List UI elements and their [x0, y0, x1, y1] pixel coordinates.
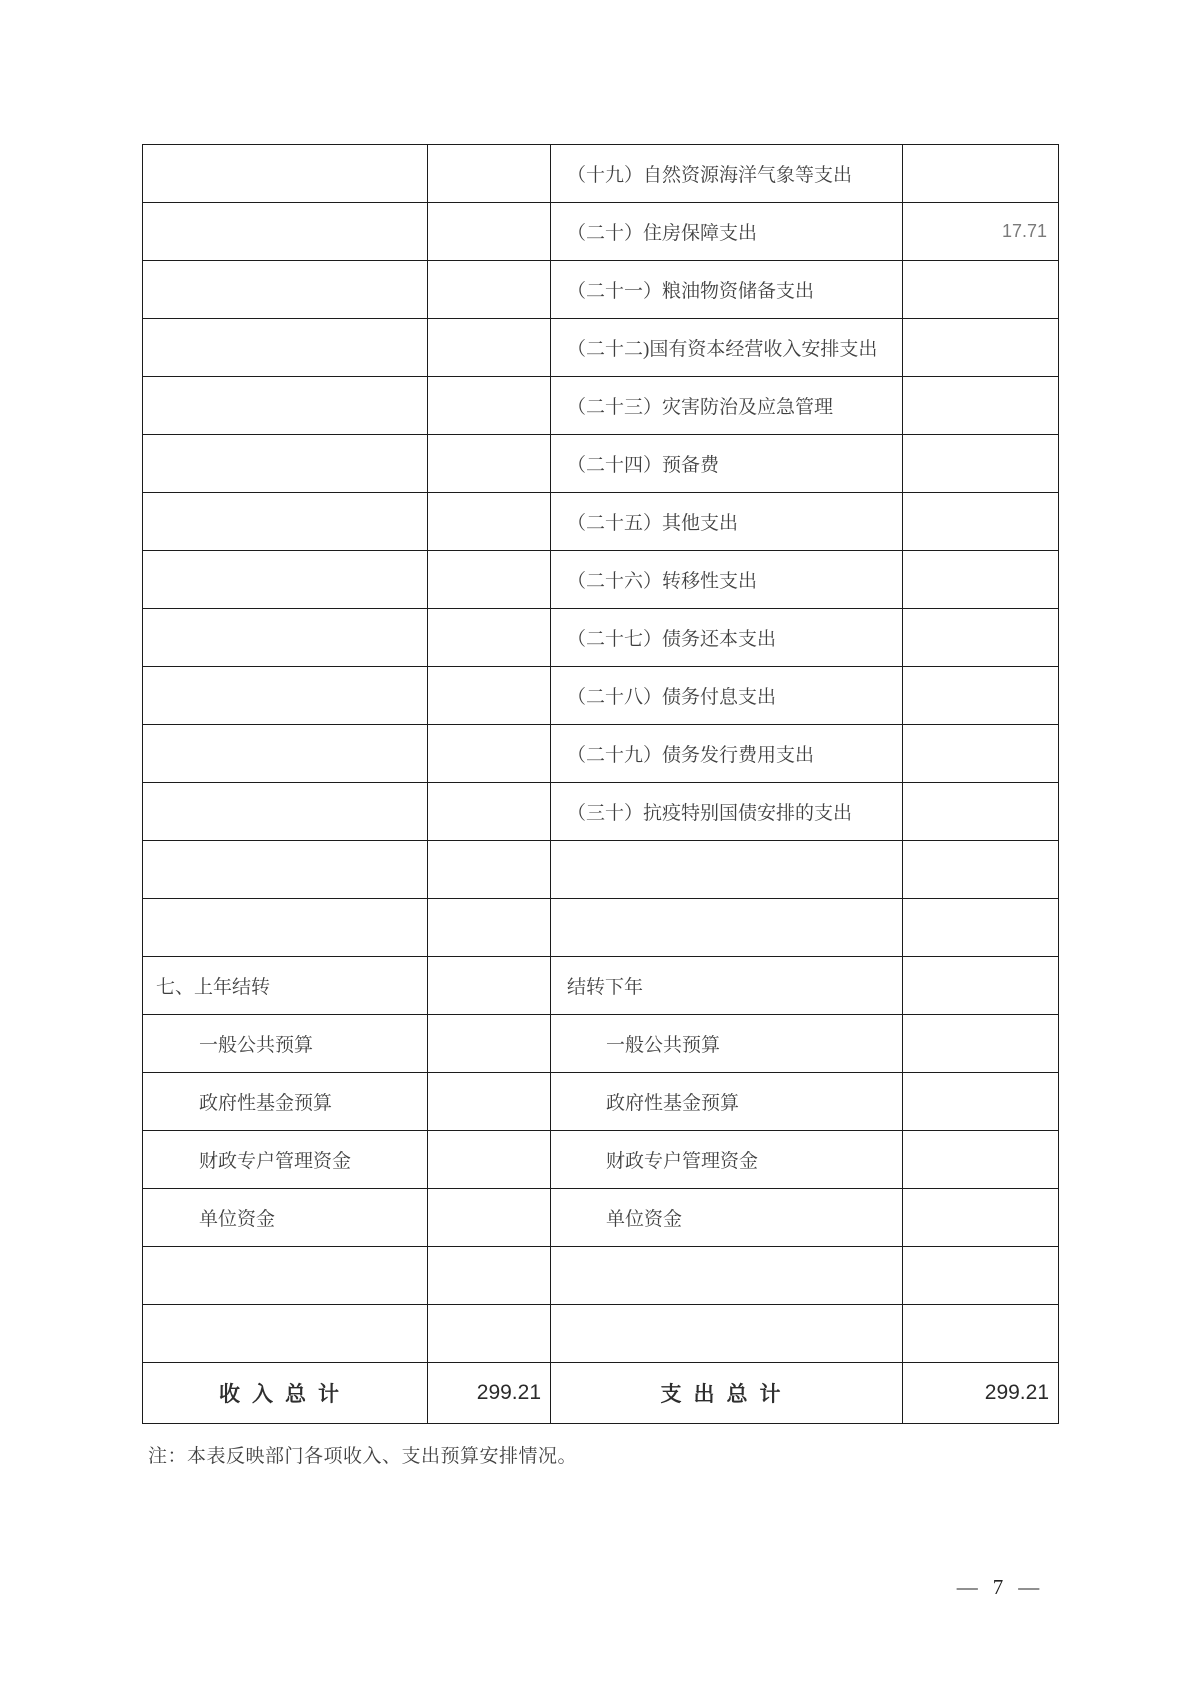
- table-row: 七、上年结转结转下年: [143, 957, 1059, 1015]
- expense-value-cell: [903, 1247, 1059, 1305]
- income-value-cell: [428, 377, 551, 435]
- expense-value-cell: [903, 261, 1059, 319]
- expense-item-cell: 财政专户管理资金: [551, 1131, 903, 1189]
- expense-value-cell: [903, 899, 1059, 957]
- income-item-cell: [143, 609, 428, 667]
- income-value-cell: [428, 261, 551, 319]
- expense-item-cell: 单位资金: [551, 1189, 903, 1247]
- table-row: 一般公共预算一般公共预算: [143, 1015, 1059, 1073]
- expense-item-cell: （二十二)国有资本经营收入安排支出: [551, 319, 903, 377]
- income-item-cell: 一般公共预算: [143, 1015, 428, 1073]
- income-item-cell: [143, 841, 428, 899]
- expense-value-cell: [903, 1189, 1059, 1247]
- income-value-cell: [428, 1073, 551, 1131]
- page-number-dash-left: —: [957, 1575, 978, 1600]
- table-row: （十九）自然资源海洋气象等支出: [143, 145, 1059, 203]
- income-item-cell: [143, 667, 428, 725]
- expense-value-cell: [903, 841, 1059, 899]
- income-value-cell: [428, 957, 551, 1015]
- income-value-cell: 299.21: [428, 1363, 551, 1424]
- table-row: 单位资金单位资金: [143, 1189, 1059, 1247]
- expense-item-cell: [551, 1247, 903, 1305]
- income-item-cell: 七、上年结转: [143, 957, 428, 1015]
- income-value-cell: [428, 1131, 551, 1189]
- expense-value-cell: [903, 783, 1059, 841]
- income-value-cell: [428, 841, 551, 899]
- expense-item-cell: （二十四）预备费: [551, 435, 903, 493]
- income-item-cell: 收入总计: [143, 1363, 428, 1424]
- income-item-cell: 政府性基金预算: [143, 1073, 428, 1131]
- table-row: [143, 841, 1059, 899]
- income-item-cell: [143, 377, 428, 435]
- expense-item-cell: （二十三）灾害防治及应急管理: [551, 377, 903, 435]
- table-row: [143, 899, 1059, 957]
- expense-value-cell: [903, 1015, 1059, 1073]
- expense-item-cell: [551, 899, 903, 957]
- table-row: （三十）抗疫特别国债安排的支出: [143, 783, 1059, 841]
- expense-value-cell: [903, 435, 1059, 493]
- income-value-cell: [428, 783, 551, 841]
- income-value-cell: [428, 1305, 551, 1363]
- table-row: （二十）住房保障支出17.71: [143, 203, 1059, 261]
- income-item-cell: [143, 203, 428, 261]
- income-value-cell: [428, 899, 551, 957]
- income-item-cell: [143, 783, 428, 841]
- income-value-cell: [428, 493, 551, 551]
- income-value-cell: [428, 145, 551, 203]
- table-row: （二十七）债务还本支出: [143, 609, 1059, 667]
- income-value-cell: [428, 1189, 551, 1247]
- expense-item-cell: 结转下年: [551, 957, 903, 1015]
- expense-item-cell: （二十五）其他支出: [551, 493, 903, 551]
- income-value-cell: [428, 203, 551, 261]
- expense-value-cell: [903, 667, 1059, 725]
- expense-item-cell: [551, 1305, 903, 1363]
- expense-value-cell: [903, 551, 1059, 609]
- income-value-cell: [428, 319, 551, 377]
- income-value-cell: [428, 609, 551, 667]
- expense-item-cell: （二十六）转移性支出: [551, 551, 903, 609]
- income-item-cell: [143, 145, 428, 203]
- page-number-dash-right: —: [1018, 1575, 1039, 1600]
- table-row-total: 收入总计299.21支出总计299.21: [143, 1363, 1059, 1424]
- expense-item-cell: （二十一）粮油物资储备支出: [551, 261, 903, 319]
- income-item-cell: [143, 1305, 428, 1363]
- table-row: （二十四）预备费: [143, 435, 1059, 493]
- table-row: （二十八）债务付息支出: [143, 667, 1059, 725]
- income-item-cell: [143, 261, 428, 319]
- table-row: （二十二)国有资本经营收入安排支出: [143, 319, 1059, 377]
- income-item-cell: 单位资金: [143, 1189, 428, 1247]
- page-number-value: 7: [993, 1575, 1004, 1600]
- table-row: 财政专户管理资金财政专户管理资金: [143, 1131, 1059, 1189]
- table-row: （二十五）其他支出: [143, 493, 1059, 551]
- expense-value-cell: [903, 377, 1059, 435]
- table-row: 政府性基金预算政府性基金预算: [143, 1073, 1059, 1131]
- table-row: （二十一）粮油物资储备支出: [143, 261, 1059, 319]
- expense-value-cell: [903, 1131, 1059, 1189]
- expense-item-cell: [551, 841, 903, 899]
- expense-value-cell: [903, 609, 1059, 667]
- table-row: （二十六）转移性支出: [143, 551, 1059, 609]
- expense-value-cell: [903, 957, 1059, 1015]
- expense-item-cell: （二十）住房保障支出: [551, 203, 903, 261]
- income-value-cell: [428, 667, 551, 725]
- expense-value-cell: [903, 725, 1059, 783]
- expense-value-cell: [903, 1073, 1059, 1131]
- table-note: 注：本表反映部门各项收入、支出预算安排情况。: [148, 1441, 577, 1468]
- income-item-cell: [143, 899, 428, 957]
- income-item-cell: 财政专户管理资金: [143, 1131, 428, 1189]
- table-row: [143, 1305, 1059, 1363]
- budget-table: （十九）自然资源海洋气象等支出（二十）住房保障支出17.71（二十一）粮油物资储…: [142, 144, 1059, 1424]
- table-body: （十九）自然资源海洋气象等支出（二十）住房保障支出17.71（二十一）粮油物资储…: [143, 145, 1059, 1424]
- income-item-cell: [143, 319, 428, 377]
- income-value-cell: [428, 1247, 551, 1305]
- expense-item-cell: 政府性基金预算: [551, 1073, 903, 1131]
- expense-item-cell: （二十九）债务发行费用支出: [551, 725, 903, 783]
- expense-value-cell: 17.71: [903, 203, 1059, 261]
- expense-item-cell: 支出总计: [551, 1363, 903, 1424]
- table-row: （二十三）灾害防治及应急管理: [143, 377, 1059, 435]
- expense-item-cell: （三十）抗疫特别国债安排的支出: [551, 783, 903, 841]
- table-row: （二十九）债务发行费用支出: [143, 725, 1059, 783]
- income-value-cell: [428, 551, 551, 609]
- income-value-cell: [428, 725, 551, 783]
- expense-value-cell: 299.21: [903, 1363, 1059, 1424]
- income-item-cell: [143, 725, 428, 783]
- income-item-cell: [143, 1247, 428, 1305]
- expense-item-cell: （二十八）债务付息支出: [551, 667, 903, 725]
- expense-value-cell: [903, 1305, 1059, 1363]
- expense-value-cell: [903, 145, 1059, 203]
- table-row: [143, 1247, 1059, 1305]
- income-item-cell: [143, 551, 428, 609]
- income-item-cell: [143, 493, 428, 551]
- expense-item-cell: 一般公共预算: [551, 1015, 903, 1073]
- income-value-cell: [428, 1015, 551, 1073]
- income-value-cell: [428, 435, 551, 493]
- page-number: — 7 —: [938, 1575, 1058, 1600]
- expense-value-cell: [903, 319, 1059, 377]
- income-item-cell: [143, 435, 428, 493]
- expense-item-cell: （十九）自然资源海洋气象等支出: [551, 145, 903, 203]
- expense-item-cell: （二十七）债务还本支出: [551, 609, 903, 667]
- expense-value-cell: [903, 493, 1059, 551]
